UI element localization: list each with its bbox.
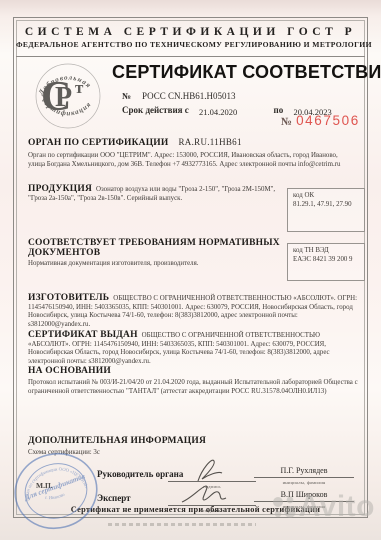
certificate-number-row: №РОСС CN.HB61.H05013 (122, 91, 236, 101)
tnved-code-value: ЕАЭС 8421 39 200 9 (293, 256, 359, 265)
tnved-code-box: код ТН ВЭД ЕАЭС 8421 39 200 9 (287, 243, 365, 281)
certification-stamp-icon: Орган по сертификации ООО «ЦЕТРИМ» г. Ив… (6, 444, 106, 538)
issued-to-section: СЕРТИФИКАТ ВЫДАНОБЩЕСТВО С ОГРАНИЧЕННОЙ … (28, 331, 358, 367)
certificate-title: СЕРТИФИКАТ СООТВЕТСТВИЯ (112, 62, 381, 83)
avito-watermark: Avito (269, 490, 375, 524)
validity-with-label: с (185, 105, 189, 115)
certificate-number: РОСС CN.HB61.H05013 (142, 91, 236, 101)
basis-section: НА ОСНОВАНИИ Протокол испытаний № 003/И-… (28, 366, 360, 396)
basis-text: Протокол испытаний № 003/И-21/04/20 от 2… (28, 379, 360, 396)
certification-body-section: ОРГАН ПО СЕРТИФИКАЦИИRA.RU.11HB61 Орган … (28, 132, 352, 169)
head-name: П.Г. Рухлядев (256, 466, 352, 475)
ok-code-value: 81.29.1, 47.91, 27.90 (293, 201, 359, 210)
validity-label: Срок действия (122, 105, 183, 115)
conformity-label: СООТВЕТСТВУЕТ ТРЕБОВАНИЯМ НОРМАТИВНЫХ ДО… (28, 238, 280, 258)
issued-label: СЕРТИФИКАТ ВЫДАН (28, 330, 138, 340)
avito-logo-dots-icon (269, 492, 299, 522)
product-section: ПРОДУКЦИЯОзонатор воздуха или воды "Гроз… (28, 185, 280, 203)
fine-print-line (108, 523, 256, 526)
manufacturer-section: ИЗГОТОВИТЕЛЬОБЩЕСТВО С ОГРАНИЧЕННОЙ ОТВЕ… (28, 294, 358, 330)
blank-number-label: № (281, 116, 292, 128)
agency-title: ФЕДЕРАЛЬНОЕ АГЕНТСТВО ПО ТЕХНИЧЕСКОМУ РЕ… (16, 40, 365, 49)
blank-number-value: 0467506 (296, 113, 360, 128)
org-details: Орган по сертификации ООО "ЦЕТРИМ". Адре… (28, 152, 352, 169)
avito-watermark-text: Avito (299, 490, 375, 524)
head-name-line (254, 477, 354, 478)
logo-letter-r: Р (55, 82, 72, 113)
ok-code-label: код ОК (293, 192, 359, 201)
manufacturer-label: ИЗГОТОВИТЕЛЬ (28, 293, 109, 303)
certificate-page: СИСТЕМА СЕРТИФИКАЦИИ ГОСТ Р ФЕДЕРАЛЬНОЕ … (0, 0, 381, 540)
tnved-code-label: код ТН ВЭД (293, 247, 359, 256)
head-signature-icon (192, 457, 232, 483)
header-band: СИСТЕМА СЕРТИФИКАЦИИ ГОСТ Р ФЕДЕРАЛЬНОЕ … (16, 20, 365, 57)
logo-letter-t: т (75, 78, 84, 97)
conformity-text: Нормативная документация изготовителя, п… (28, 260, 280, 269)
system-title: СИСТЕМА СЕРТИФИКАЦИИ ГОСТ Р (16, 20, 365, 38)
basis-label: НА ОСНОВАНИИ (28, 366, 360, 376)
ok-code-box: код ОК 81.29.1, 47.91, 27.90 (287, 188, 365, 232)
rst-certification-logo-icon: Добровольная сертификация С Р т (28, 57, 108, 135)
head-name-caption: инициалы, фамилия (254, 480, 354, 485)
blank-number: № 0467506 (281, 112, 360, 130)
org-label: ОРГАН ПО СЕРТИФИКАЦИИ (28, 138, 169, 148)
org-code: RA.RU.11HB61 (179, 137, 242, 147)
conformity-section: СООТВЕТСТВУЕТ ТРЕБОВАНИЯМ НОРМАТИВНЫХ ДО… (28, 238, 280, 269)
expert-signature-icon (178, 484, 238, 506)
head-of-body-label: Руководитель органа (97, 469, 183, 479)
valid-from-date: 21.04.2020 (199, 107, 237, 117)
certificate-number-label: № (122, 91, 131, 101)
product-label: ПРОДУКЦИЯ (28, 184, 92, 194)
